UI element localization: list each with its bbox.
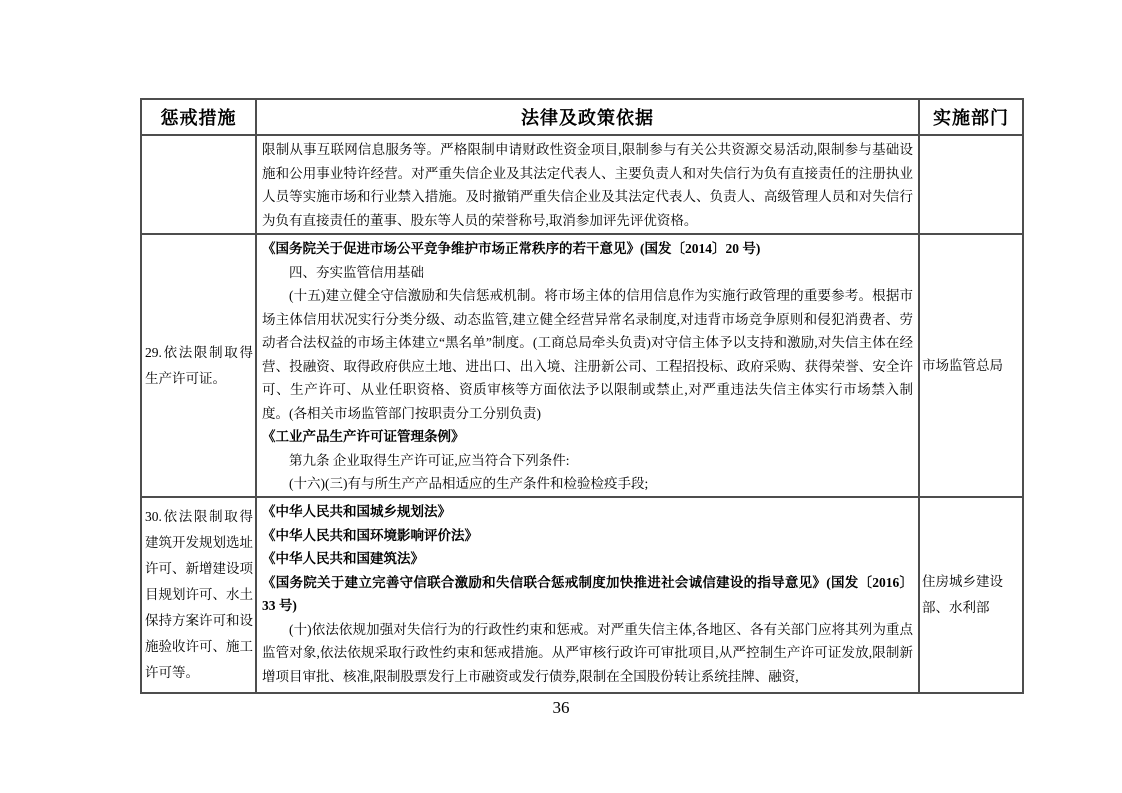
- measure-cell: 29.依法限制取得生产许可证。: [141, 234, 256, 497]
- table-row-30: 30.依法限制取得建筑开发规划选址许可、新增建设项目规划许可、水土保持方案许可和…: [141, 497, 1023, 693]
- legal-basis-cell: 《中华人民共和国城乡规划法》 《中华人民共和国环境影响评价法》 《中华人民共和国…: [256, 497, 919, 693]
- legal-basis-cell: 限制从事互联网信息服务等。严格限制申请财政性资金项目,限制参与有关公共资源交易活…: [256, 135, 919, 234]
- basis-paragraph: (十六)(三)有与所生产产品相适应的生产条件和检验检疫手段;: [262, 472, 913, 493]
- basis-document-title: 《中华人民共和国环境影响评价法》: [262, 524, 913, 548]
- column-header-measure: 惩戒措施: [141, 99, 256, 135]
- basis-paragraph: 限制从事互联网信息服务等。严格限制申请财政性资金项目,限制参与有关公共资源交易活…: [262, 138, 913, 230]
- department-cell: 市场监管总局: [919, 234, 1023, 497]
- measure-text: 30.依法限制取得建筑开发规划选址许可、新增建设项目规划许可、水土保持方案许可和…: [145, 504, 253, 686]
- column-header-legal-basis: 法律及政策依据: [256, 99, 919, 135]
- basis-paragraph: (十)依法依规加强对失信行为的行政性约束和惩戒。对严重失信主体,各地区、各有关部…: [262, 618, 913, 689]
- table-row-continuation: 限制从事互联网信息服务等。严格限制申请财政性资金项目,限制参与有关公共资源交易活…: [141, 135, 1023, 234]
- legal-basis-cell: 《国务院关于促进市场公平竞争维护市场正常秩序的若干意见》(国发〔2014〕20 …: [256, 234, 919, 497]
- basis-document-title: 《国务院关于促进市场公平竞争维护市场正常秩序的若干意见》(国发〔2014〕20 …: [262, 237, 913, 261]
- punishment-measures-table: 惩戒措施 法律及政策依据 实施部门 限制从事互联网信息服务等。严格限制申请财政性…: [140, 98, 1024, 694]
- measure-cell: 30.依法限制取得建筑开发规划选址许可、新增建设项目规划许可、水土保持方案许可和…: [141, 497, 256, 693]
- table-header-row: 惩戒措施 法律及政策依据 实施部门: [141, 99, 1023, 135]
- table-row-29: 29.依法限制取得生产许可证。 《国务院关于促进市场公平竞争维护市场正常秩序的若…: [141, 234, 1023, 497]
- department-cell: 住房城乡建设部、水利部: [919, 497, 1023, 693]
- basis-paragraph: 四、夯实监管信用基础: [262, 261, 913, 285]
- page-number: 36: [0, 698, 1122, 718]
- department-cell: [919, 135, 1023, 234]
- basis-paragraph: (十五)建立健全守信激励和失信惩戒机制。将市场主体的信用信息作为实施行政管理的重…: [262, 284, 913, 425]
- basis-document-title: 《工业产品生产许可证管理条例》: [262, 425, 913, 449]
- basis-document-title: 《国务院关于建立完善守信联合激励和失信联合惩戒制度加快推进社会诚信建设的指导意见…: [262, 571, 913, 618]
- department-text: 住房城乡建设部、水利部: [922, 569, 1020, 621]
- measure-cell: [141, 135, 256, 234]
- column-header-department: 实施部门: [919, 99, 1023, 135]
- document-page: 惩戒措施 法律及政策依据 实施部门 限制从事互联网信息服务等。严格限制申请财政性…: [0, 0, 1122, 793]
- basis-paragraph: 第九条 企业取得生产许可证,应当符合下列条件:: [262, 449, 913, 473]
- basis-document-title: 《中华人民共和国城乡规划法》: [262, 500, 913, 524]
- department-text: 市场监管总局: [922, 353, 1020, 379]
- basis-document-title: 《中华人民共和国建筑法》: [262, 547, 913, 571]
- measure-text: 29.依法限制取得生产许可证。: [145, 340, 253, 392]
